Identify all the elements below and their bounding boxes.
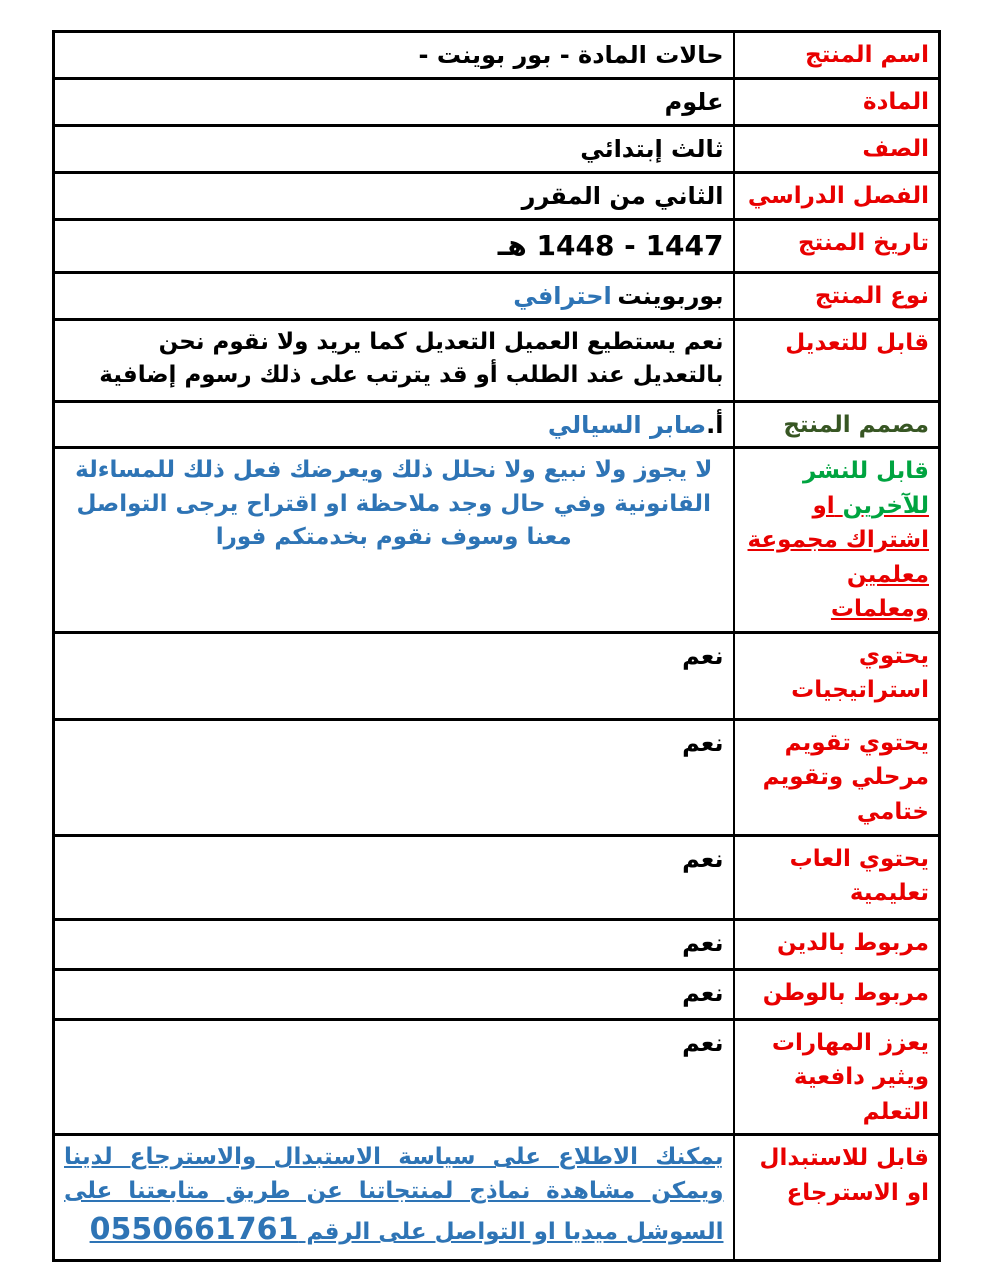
strategies-label: يحتوي استراتيجيات [791, 643, 929, 704]
product-type-value-black: بوربوينت [617, 282, 723, 310]
table-row-publishable: قابل للنشر للآخرين او اشتراك مجموعة معلم… [54, 448, 940, 633]
product-type-value-blue: احترافي [513, 282, 611, 310]
product-type-label: نوع المنتج [815, 283, 929, 309]
refund-policy-label: قابل للاستبدال او الاسترجاع [760, 1145, 930, 1206]
assessment-label: يحتوي تقويم مرحلي وتقويم ختامي [763, 730, 929, 825]
table-row-product-name: اسم المنتج حالات المادة - بور بوينت - [54, 32, 940, 79]
educational-games-value: نعم [682, 845, 723, 873]
skills-motivation-label: يعزز المهارات ويثير دافعية التعلم [772, 1030, 929, 1125]
product-date-value: 1447 - 1448 هـ [498, 229, 724, 262]
product-name-value: حالات المادة - بور بوينت - [419, 41, 724, 69]
table-row-strategies: يحتوي استراتيجيات نعم [54, 632, 940, 719]
designer-label: مصمم المنتج [783, 412, 929, 438]
refund-policy-phone-number: 0550661761 [90, 1212, 299, 1247]
table-row-product-type: نوع المنتج بوربوينت احترافي [54, 272, 940, 319]
editable-label: قابل للتعديل [785, 330, 929, 356]
publishable-value: لا يجوز ولا نبيع ولا نحلل ذلك ويعرضك فعل… [54, 448, 734, 633]
assessment-value: نعم [682, 729, 723, 757]
grade-label: الصف [862, 136, 929, 162]
strategies-value: نعم [682, 642, 723, 670]
product-name-label: اسم المنتج [805, 42, 929, 68]
editable-value: نعم يستطيع العميل التعديل كما يريد ولا ن… [99, 329, 723, 388]
subject-label: المادة [863, 89, 929, 115]
table-row-refund-policy: قابل للاستبدال او الاسترجاع يمكنك الاطلا… [54, 1135, 940, 1261]
homeland-linked-value: نعم [682, 979, 723, 1007]
table-row-religion-linked: مربوط بالدين نعم [54, 919, 940, 969]
skills-motivation-value: نعم [682, 1029, 723, 1057]
table-row-semester: الفصل الدراسي الثاني من المقرر [54, 173, 940, 220]
table-row-assessment: يحتوي تقويم مرحلي وتقويم ختامي نعم [54, 719, 940, 835]
semester-value: الثاني من المقرر [522, 182, 724, 210]
subject-value: علوم [665, 88, 724, 116]
table-row-subject: المادة علوم [54, 79, 940, 126]
table-row-skills-motivation: يعزز المهارات ويثير دافعية التعلم نعم [54, 1019, 940, 1135]
grade-value: ثالث إبتدائي [580, 135, 723, 163]
table-row-grade: الصف ثالث إبتدائي [54, 126, 940, 173]
product-date-label: تاريخ المنتج [798, 230, 929, 256]
table-row-designer: مصمم المنتج أ.صابر السيالي [54, 401, 940, 448]
designer-value-prefix: أ. [706, 411, 723, 439]
religion-linked-label: مربوط بالدين [777, 930, 929, 956]
table-row-homeland-linked: مربوط بالوطن نعم [54, 969, 940, 1019]
document-page: { "document": { "language": "ar", "direc… [0, 0, 984, 1252]
publishable-label-green: قابل للنشر [803, 458, 929, 484]
document-sheet: اسم المنتج حالات المادة - بور بوينت - ال… [55, 30, 941, 1262]
publishable-label-underlined: للآخرين او اشتراك مجموعة معلمين ومعلمات [748, 493, 929, 623]
religion-linked-value: نعم [682, 929, 723, 957]
homeland-linked-label: مربوط بالوطن [763, 980, 929, 1006]
designer-value-name: صابر السيالي [548, 411, 706, 439]
product-info-table: اسم المنتج حالات المادة - بور بوينت - ال… [52, 30, 941, 1262]
table-row-educational-games: يحتوي العاب تعليمية نعم [54, 835, 940, 919]
table-row-editable: قابل للتعديل نعم يستطيع العميل التعديل ك… [54, 319, 940, 401]
publishable-label-green-underlined: للآخرين [843, 493, 929, 519]
educational-games-label: يحتوي العاب تعليمية [790, 846, 929, 907]
semester-label: الفصل الدراسي [748, 183, 929, 209]
table-row-product-date: تاريخ المنتج 1447 - 1448 هـ [54, 220, 940, 273]
